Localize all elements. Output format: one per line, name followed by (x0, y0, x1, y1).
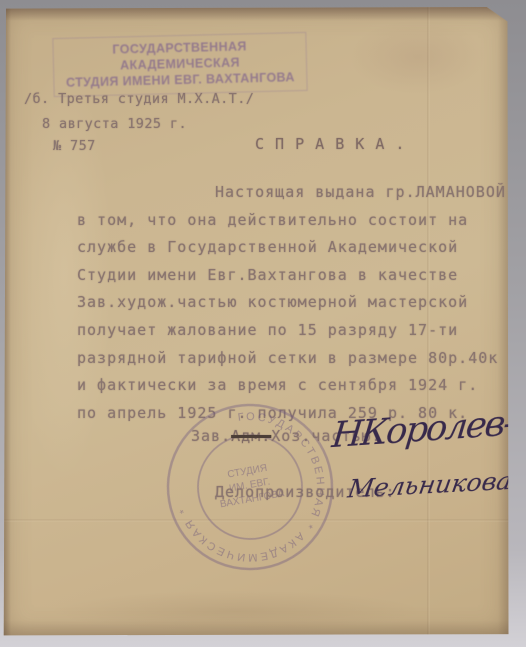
body-line-7: разрядной тарифной сетки в размере 80р.4… (77, 345, 515, 373)
role-prefix: Зав. (191, 427, 231, 445)
document-date: 8 августа 1925 г. (42, 116, 187, 132)
letterhead-stamp: ГОСУДАРСТВЕННАЯ АКАДЕМИЧЕСКАЯ СТУДИЯ ИМЕ… (52, 32, 307, 97)
former-studio-name: /б. Третья студия М.Х.А.Т./ (24, 91, 254, 107)
body-line-3: службе в Государственной Академической (77, 234, 515, 262)
role-struck-word: Адм. (231, 427, 271, 445)
body-line-2: в том, что она действительно состоит на (77, 207, 515, 235)
document-paper: ГОСУДАРСТВЕННАЯ АКАДЕМИЧЕСКАЯ СТУДИЯ ИМЕ… (3, 7, 509, 636)
document-number: № 757 (53, 138, 96, 154)
body-line-1: Настоящая выдана гр.ЛАМАНОВОЙ Н.П. (77, 179, 515, 207)
body-line-6: получает жалование по 15 разряду 17-ти (77, 317, 515, 345)
document-title: С П Р А В К А . (255, 135, 405, 153)
photo-background: ГОСУДАРСТВЕННАЯ АКАДЕМИЧЕСКАЯ СТУДИЯ ИМЕ… (0, 0, 526, 647)
clerk-signature: Мельникова (346, 466, 514, 503)
body-line-4: Студии имени Евг.Вахтангова в качестве (77, 262, 515, 290)
body-line-5: Зав.худож.частью костюмерной мастерской (77, 289, 515, 317)
